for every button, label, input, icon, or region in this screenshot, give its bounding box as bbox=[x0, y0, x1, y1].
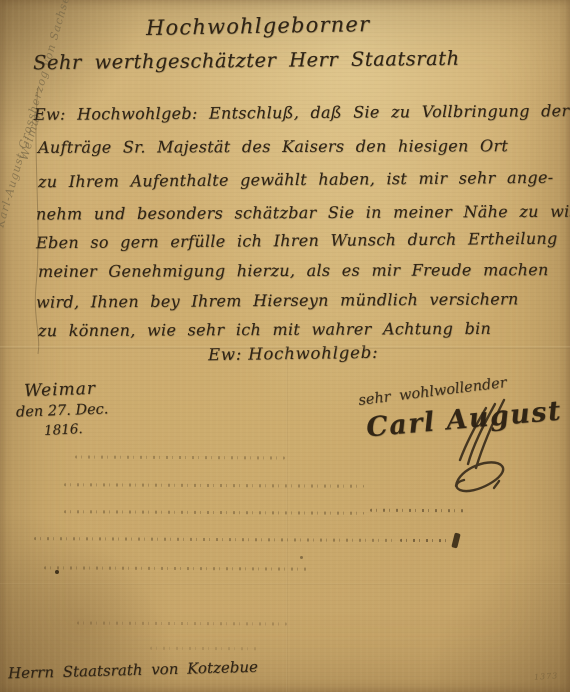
body-line-3: zu Ihrem Aufenthalte gewählt haben, ist … bbox=[38, 168, 554, 191]
date-line: den 27. Dec. bbox=[16, 401, 109, 420]
place-line: Weimar bbox=[24, 379, 97, 401]
body-line-6: meiner Genehmigung hierzu, als es mir Fr… bbox=[38, 260, 549, 281]
body-line-2: Aufträge Sr. Majestät des Kaisers den hi… bbox=[38, 136, 508, 157]
ink-bleed-row bbox=[150, 647, 260, 651]
ink-bleed-row bbox=[34, 537, 394, 542]
salutation-line-2: Sehr werthgeschätzter Herr Staatsrath bbox=[33, 47, 460, 74]
ink-blot bbox=[451, 532, 460, 548]
ink-bleed-row bbox=[370, 509, 465, 512]
ink-bleed-row bbox=[64, 510, 364, 515]
catalog-number: 1373 bbox=[534, 671, 559, 682]
body-line-7: wird, Ihnen bey Ihrem Hierseyn mündlich … bbox=[36, 289, 519, 311]
body-line-4: nehm und besonders schätzbar Sie in mein… bbox=[36, 201, 570, 223]
salutation-line-1: Hochwohlgeborner bbox=[146, 12, 371, 40]
recipient-address-line: Herrn Staatsrath von Kotzebue bbox=[8, 658, 258, 683]
signature-paraph-flourish bbox=[398, 398, 528, 503]
horizontal-fold-crease-lower bbox=[0, 583, 570, 585]
ink-bleed-row bbox=[400, 539, 452, 542]
ink-spot bbox=[300, 556, 303, 559]
vertical-fold-crease bbox=[286, 350, 288, 692]
year-line: 1816. bbox=[44, 421, 83, 439]
ink-bleed-row bbox=[64, 483, 364, 488]
ink-spot bbox=[55, 570, 59, 574]
body-line-5: Eben so gern erfülle ich Ihren Wunsch du… bbox=[36, 229, 558, 253]
closing-formula: Ew: Hochwohlgeb: bbox=[208, 343, 379, 364]
body-line-1: Ew: Hochwohlgeb: Entschluß, daß Sie zu V… bbox=[34, 101, 569, 124]
ink-bleed-row bbox=[77, 621, 287, 625]
letter-page: Karl-August Grossherzog von Sachsen Weim… bbox=[0, 0, 570, 692]
body-line-8: zu können, wie sehr ich mit wahrer Achtu… bbox=[38, 319, 491, 340]
ink-bleed-row bbox=[75, 455, 285, 459]
ink-bleed-row bbox=[44, 566, 309, 570]
